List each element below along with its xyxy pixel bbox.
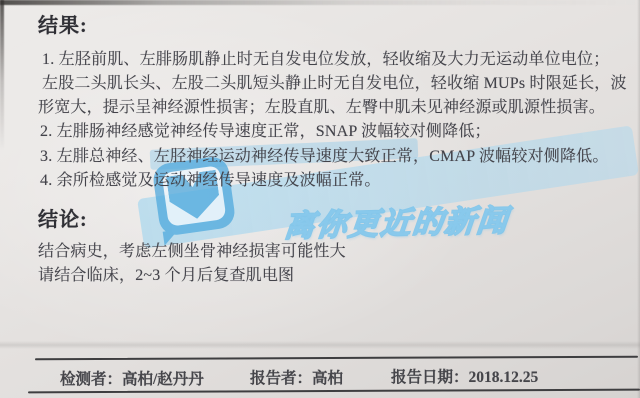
conclusion-line-2: 请结合临床，2~3 个月后复查肌电图 bbox=[38, 262, 294, 285]
result-line-5: 3. 左腓总神经、左胫神经运动神经传导速度大致正常，CMAP 波幅较对侧降低。 bbox=[40, 143, 609, 166]
result-line-1: 1. 左胫前肌、左腓肠肌静止时无自发电位发放，轻收缩及大力无运动单位电位； bbox=[42, 46, 609, 69]
examiner-field: 检测者：高柏/赵丹丹 bbox=[60, 367, 204, 389]
conclusion-line-1: 结合病史，考虑左侧坐骨神经损害可能性大 bbox=[38, 238, 346, 261]
footer-top-rule bbox=[35, 356, 638, 361]
result-line-6: 4. 余所检感觉及运动神经传导速度及波幅正常。 bbox=[40, 167, 381, 190]
report-text: 结果: 1. 左胫前肌、左腓肠肌静止时无自发电位发放，轻收缩及大力无运动单位电位… bbox=[0, 0, 640, 398]
result-line-2: 左股二头肌长头、左股二头肌短头静止时无自发电位，轻收缩 MUPs 时限延长，波 bbox=[42, 70, 627, 93]
result-line-3: 形宽大，提示呈神经源性损害；左股直肌、左臀中肌未见神经源或肌源性损害。 bbox=[38, 94, 605, 117]
footer-bottom-rule bbox=[28, 389, 640, 394]
report-photo: 离你更近的新闻 结果: 1. 左胫前肌、左腓肠肌静止时无自发电位发放，轻收缩及大… bbox=[0, 0, 640, 398]
results-heading: 结果: bbox=[38, 9, 88, 38]
report-date-field: 报告日期：2018.12.25 bbox=[391, 365, 538, 387]
conclusion-heading: 结论: bbox=[38, 203, 88, 232]
result-line-4: 2. 左腓肠神经感觉神经传导速度正常，SNAP 波幅较对侧降低； bbox=[40, 118, 491, 141]
reporter-field: 报告者：高柏 bbox=[250, 366, 343, 388]
